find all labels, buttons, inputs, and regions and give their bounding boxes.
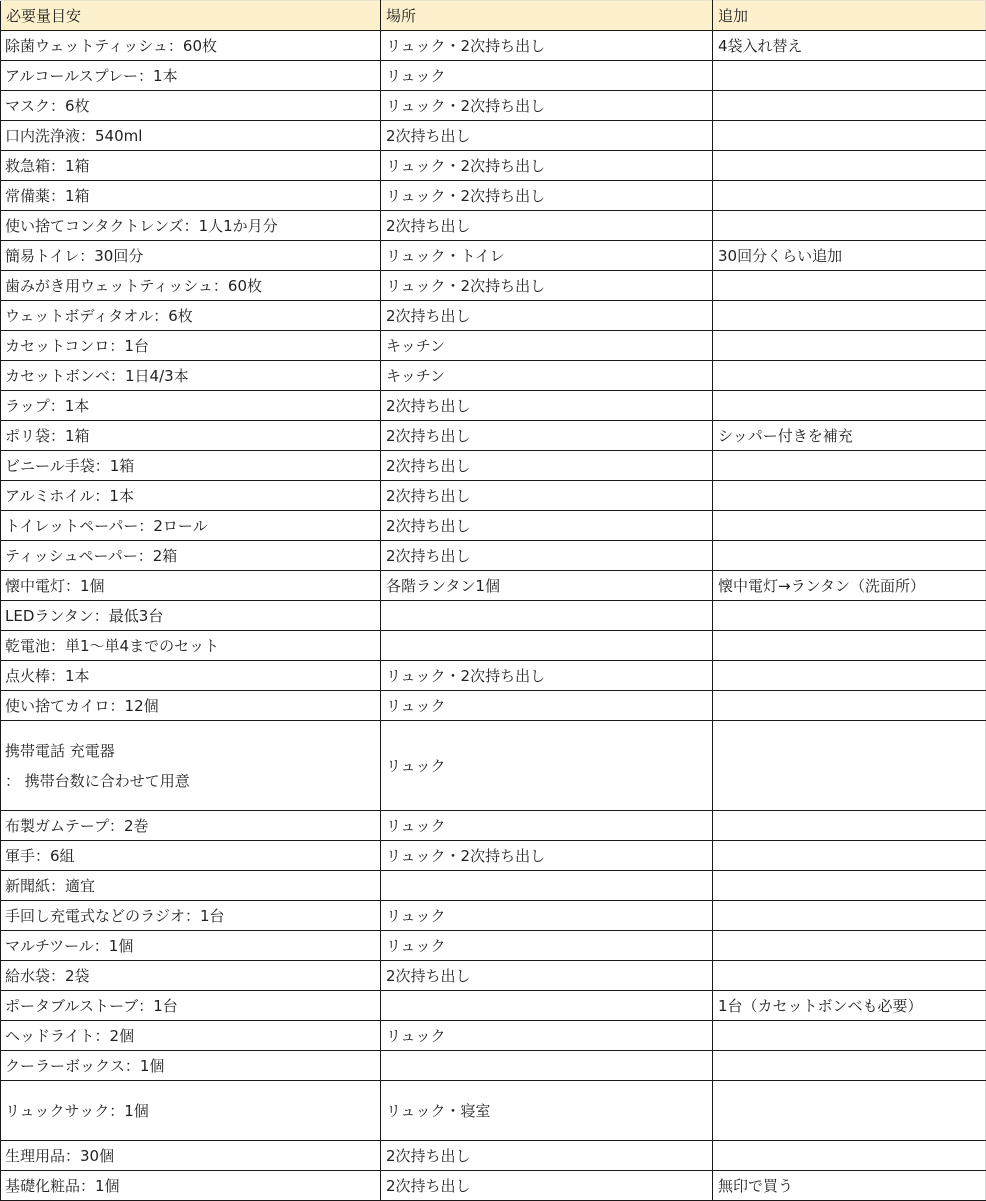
table-row: アルミホイル：1本 2次持ち出し [1, 481, 986, 511]
table-row: 歯みがき用ウェットティッシュ：60枚 リュック・2次持ち出し [1, 271, 986, 301]
cell-item[interactable]: リュックサック：1個 [1, 1081, 381, 1141]
cell-item[interactable]: カセットコンロ：1台 [1, 331, 381, 361]
cell-place[interactable]: 2次持ち出し [381, 1171, 713, 1201]
cell-item-line2: ： 携帯台数に合わせて用意 [5, 766, 380, 796]
cell-extra[interactable]: 無印で買う [713, 1171, 986, 1201]
cell-extra[interactable] [713, 601, 986, 631]
cell-item[interactable]: マルチツール：1個 [1, 931, 381, 961]
header-row: 必要量目安 場所 追加 [1, 1, 986, 31]
table-row: 懐中電灯：1個 各階ランタン1個 懐中電灯→ランタン（洗面所） [1, 571, 986, 601]
table-row: 口内洗浄液：540ml 2次持ち出し [1, 121, 986, 151]
cell-item[interactable]: ティッシュペーパー：2箱 [1, 541, 381, 571]
cell-extra[interactable] [713, 481, 986, 511]
cell-place[interactable] [381, 631, 713, 661]
table-row: 軍手：6組 リュック・2次持ち出し [1, 841, 986, 871]
cell-place[interactable]: リュック・2次持ち出し [381, 181, 713, 211]
cell-extra[interactable] [713, 361, 986, 391]
cell-place[interactable]: キッチン [381, 361, 713, 391]
cell-extra[interactable] [713, 901, 986, 931]
supplies-table: 必要量目安 場所 追加 除菌ウェットティッシュ：60枚 リュック・2次持ち出し … [0, 0, 986, 1201]
cell-place[interactable]: 2次持ち出し [381, 211, 713, 241]
cell-extra[interactable] [713, 511, 986, 541]
table-row: ポリ袋：1箱 2次持ち出し シッパー付きを補充 [1, 421, 986, 451]
cell-item[interactable]: 口内洗浄液：540ml [1, 121, 381, 151]
cell-extra[interactable] [713, 661, 986, 691]
cell-place[interactable] [381, 1051, 713, 1081]
table-row: 使い捨てコンタクトレンズ：1人1か月分 2次持ち出し [1, 211, 986, 241]
cell-item[interactable]: トイレットペーパー：2ロール [1, 511, 381, 541]
cell-extra[interactable] [713, 841, 986, 871]
cell-extra[interactable] [713, 931, 986, 961]
cell-extra[interactable]: 1台（カセットボンベも必要） [713, 991, 986, 1021]
table-row: クーラーボックス：1個 [1, 1051, 986, 1081]
cell-extra[interactable] [713, 211, 986, 241]
cell-extra[interactable] [713, 331, 986, 361]
cell-extra[interactable] [713, 811, 986, 841]
cell-place[interactable]: 2次持ち出し [381, 511, 713, 541]
cell-place[interactable]: 2次持ち出し [381, 421, 713, 451]
cell-extra[interactable] [713, 541, 986, 571]
cell-extra[interactable] [713, 271, 986, 301]
table-row: 常備薬：1箱 リュック・2次持ち出し [1, 181, 986, 211]
cell-place[interactable]: 2次持ち出し [381, 541, 713, 571]
cell-item[interactable]: 懐中電灯：1個 [1, 571, 381, 601]
cell-item[interactable]: クーラーボックス：1個 [1, 1051, 381, 1081]
cell-item[interactable]: 給水袋：2袋 [1, 961, 381, 991]
cell-place[interactable] [381, 601, 713, 631]
cell-place[interactable]: リュック・寝室 [381, 1081, 713, 1141]
header-cell-place[interactable]: 場所 [381, 1, 713, 31]
table-row: トイレットペーパー：2ロール 2次持ち出し [1, 511, 986, 541]
cell-item[interactable]: 携帯電話 充電器 ： 携帯台数に合わせて用意 [1, 721, 381, 811]
cell-item[interactable]: アルコールスプレー：1本 [1, 61, 381, 91]
cell-extra[interactable] [713, 961, 986, 991]
cell-place[interactable]: リュック・2次持ち出し [381, 91, 713, 121]
cell-extra[interactable] [713, 1021, 986, 1051]
cell-item[interactable]: 軍手：6組 [1, 841, 381, 871]
cell-place[interactable]: 2次持ち出し [381, 481, 713, 511]
cell-place[interactable]: リュック・2次持ち出し [381, 151, 713, 181]
cell-item[interactable]: LEDランタン：最低3台 [1, 601, 381, 631]
cell-item[interactable]: アルミホイル：1本 [1, 481, 381, 511]
cell-place[interactable]: リュック [381, 931, 713, 961]
cell-extra[interactable] [713, 721, 986, 811]
table-row: ビニール手袋：1箱 2次持ち出し [1, 451, 986, 481]
table-row: 給水袋：2袋 2次持ち出し [1, 961, 986, 991]
table-row: 手回し充電式などのラジオ：1台 リュック [1, 901, 986, 931]
cell-place[interactable]: 2次持ち出し [381, 961, 713, 991]
spreadsheet: 必要量目安 場所 追加 除菌ウェットティッシュ：60枚 リュック・2次持ち出し … [0, 0, 986, 1201]
cell-item[interactable]: ウェットボディタオル：6枚 [1, 301, 381, 331]
cell-item[interactable]: 手回し充電式などのラジオ：1台 [1, 901, 381, 931]
cell-place[interactable]: 2次持ち出し [381, 121, 713, 151]
cell-place[interactable]: 2次持ち出し [381, 1141, 713, 1171]
cell-extra[interactable] [713, 1051, 986, 1081]
cell-extra[interactable] [713, 151, 986, 181]
table-row: カセットボンベ：1日4/3本 キッチン [1, 361, 986, 391]
table-row: リュックサック：1個 リュック・寝室 [1, 1081, 986, 1141]
cell-place[interactable]: リュック [381, 721, 713, 811]
cell-item-line1: 携帯電話 充電器 [5, 736, 380, 766]
cell-item[interactable]: 乾電池：単1～単4までのセット [1, 631, 381, 661]
header-cell-extra[interactable]: 追加 [713, 1, 986, 31]
cell-place[interactable]: リュック [381, 901, 713, 931]
cell-place[interactable]: リュック [381, 691, 713, 721]
cell-extra[interactable] [713, 91, 986, 121]
cell-item[interactable]: 生理用品：30個 [1, 1141, 381, 1171]
cell-extra[interactable]: 懐中電灯→ランタン（洗面所） [713, 571, 986, 601]
cell-item[interactable]: ポータブルストーブ：1台 [1, 991, 381, 1021]
cell-extra[interactable]: シッパー付きを補充 [713, 421, 986, 451]
table-row: 布製ガムテープ：2巻 リュック [1, 811, 986, 841]
cell-item[interactable]: 新聞紙：適宜 [1, 871, 381, 901]
table-row: 生理用品：30個 2次持ち出し [1, 1141, 986, 1171]
cell-place[interactable]: 各階ランタン1個 [381, 571, 713, 601]
cell-item[interactable]: マスク：6枚 [1, 91, 381, 121]
cell-extra[interactable] [713, 61, 986, 91]
cell-place[interactable]: リュック・2次持ち出し [381, 841, 713, 871]
cell-place[interactable]: キッチン [381, 331, 713, 361]
cell-extra[interactable] [713, 181, 986, 211]
table-row: 簡易トイレ：30回分 リュック・トイレ 30回分くらい追加 [1, 241, 986, 271]
cell-item[interactable]: 常備薬：1箱 [1, 181, 381, 211]
cell-extra[interactable] [713, 631, 986, 661]
cell-item[interactable]: ビニール手袋：1箱 [1, 451, 381, 481]
cell-item[interactable]: 簡易トイレ：30回分 [1, 241, 381, 271]
table-row: ティッシュペーパー：2箱 2次持ち出し [1, 541, 986, 571]
table-row: ウェットボディタオル：6枚 2次持ち出し [1, 301, 986, 331]
cell-item[interactable]: ヘッドライト：2個 [1, 1021, 381, 1051]
cell-item[interactable]: 使い捨てカイロ：12個 [1, 691, 381, 721]
cell-item[interactable]: 布製ガムテープ：2巻 [1, 811, 381, 841]
table-row: 乾電池：単1～単4までのセット [1, 631, 986, 661]
cell-item[interactable]: 救急箱：1箱 [1, 151, 381, 181]
table-row: アルコールスプレー：1本 リュック [1, 61, 986, 91]
cell-place[interactable]: 2次持ち出し [381, 391, 713, 421]
cell-extra[interactable] [713, 301, 986, 331]
cell-item[interactable]: 基礎化粧品：1個 [1, 1171, 381, 1201]
cell-item[interactable]: 除菌ウェットティッシュ：60枚 [1, 31, 381, 61]
cell-extra[interactable] [713, 1081, 986, 1141]
cell-item[interactable]: ラップ：1本 [1, 391, 381, 421]
table-row: 新聞紙：適宜 [1, 871, 986, 901]
cell-place[interactable]: リュック・2次持ち出し [381, 271, 713, 301]
cell-place[interactable] [381, 871, 713, 901]
cell-extra[interactable]: 30回分くらい追加 [713, 241, 986, 271]
cell-place[interactable]: リュック・2次持ち出し [381, 661, 713, 691]
table-row: LEDランタン：最低3台 [1, 601, 986, 631]
cell-place[interactable] [381, 991, 713, 1021]
cell-item[interactable]: カセットボンベ：1日4/3本 [1, 361, 381, 391]
cell-extra[interactable] [713, 391, 986, 421]
table-row: 救急箱：1箱 リュック・2次持ち出し [1, 151, 986, 181]
cell-extra[interactable] [713, 691, 986, 721]
table-row: ヘッドライト：2個 リュック [1, 1021, 986, 1051]
cell-place[interactable]: リュック・トイレ [381, 241, 713, 271]
table-row: カセットコンロ：1台 キッチン [1, 331, 986, 361]
cell-extra[interactable] [713, 121, 986, 151]
cell-place[interactable]: 2次持ち出し [381, 301, 713, 331]
table-row: ラップ：1本 2次持ち出し [1, 391, 986, 421]
cell-place[interactable]: 2次持ち出し [381, 451, 713, 481]
cell-item[interactable]: ポリ袋：1箱 [1, 421, 381, 451]
cell-place[interactable]: リュック [381, 811, 713, 841]
cell-place[interactable]: リュック・2次持ち出し [381, 31, 713, 61]
table-row: マルチツール：1個 リュック [1, 931, 986, 961]
cell-extra[interactable] [713, 451, 986, 481]
cell-item[interactable]: 歯みがき用ウェットティッシュ：60枚 [1, 271, 381, 301]
table-row: 携帯電話 充電器 ： 携帯台数に合わせて用意 リュック [1, 721, 986, 811]
cell-item[interactable]: 点火棒：1本 [1, 661, 381, 691]
cell-place[interactable]: リュック [381, 61, 713, 91]
table-row: 使い捨てカイロ：12個 リュック [1, 691, 986, 721]
table-row: マスク：6枚 リュック・2次持ち出し [1, 91, 986, 121]
table-row: 除菌ウェットティッシュ：60枚 リュック・2次持ち出し 4袋入れ替え [1, 31, 986, 61]
table-row: ポータブルストーブ：1台 1台（カセットボンベも必要） [1, 991, 986, 1021]
cell-extra[interactable] [713, 871, 986, 901]
cell-place[interactable]: リュック [381, 1021, 713, 1051]
cell-extra[interactable]: 4袋入れ替え [713, 31, 986, 61]
cell-extra[interactable] [713, 1141, 986, 1171]
table-row: 基礎化粧品：1個 2次持ち出し 無印で買う [1, 1171, 986, 1201]
table-row: 点火棒：1本 リュック・2次持ち出し [1, 661, 986, 691]
cell-item[interactable]: 使い捨てコンタクトレンズ：1人1か月分 [1, 211, 381, 241]
header-cell-amount[interactable]: 必要量目安 [1, 1, 381, 31]
